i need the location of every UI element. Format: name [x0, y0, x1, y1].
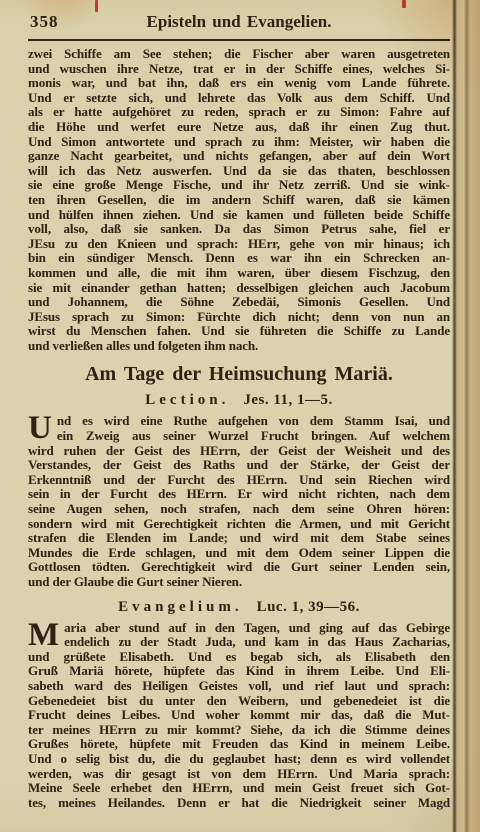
- lection-label: Lection.: [145, 392, 229, 408]
- evangelium-heading: Evangelium.Luc. 1, 39—56.: [28, 597, 450, 617]
- running-header-title: Episteln und Evangelien.: [28, 12, 450, 32]
- book-page-edge: [452, 0, 480, 832]
- lection-heading: Lection.Jes. 11, 1—5.: [28, 390, 450, 410]
- lection-lines: nd es wird eine Ruthe aufgehen von dem S…: [28, 414, 450, 589]
- running-header: 358 Episteln und Evangelien.: [28, 12, 450, 36]
- header-rule: [28, 39, 450, 41]
- lection-paragraph: U nd es wird eine Ruthe aufgehen von dem…: [28, 414, 450, 589]
- evangelium-reference: Luc. 1, 39—56.: [257, 599, 360, 615]
- evangelium-paragraph: M aria aber stund auf in den Tagen, und …: [28, 621, 450, 811]
- evangelium-label: Evangelium.: [118, 599, 242, 615]
- evangelium-lines: aria aber stund auf in den Tagen, und gi…: [28, 621, 450, 811]
- evangelium-dropcap-initial: M: [28, 622, 59, 649]
- lection-reference: Jes. 11, 1—5.: [243, 392, 332, 408]
- gospel-continuation-paragraph: zwei Schiffe am See stehen; die Fischer …: [28, 47, 450, 353]
- lection-dropcap-initial: U: [28, 415, 52, 442]
- red-edge-mark: [95, 0, 98, 12]
- page-content: 358 Episteln und Evangelien. zwei Schiff…: [0, 0, 480, 810]
- section-title: Am Tage der Heimsuchung Mariä.: [28, 362, 450, 387]
- book-page: 358 Episteln und Evangelien. zwei Schiff…: [0, 0, 480, 832]
- red-edge-mark: [402, 0, 406, 8]
